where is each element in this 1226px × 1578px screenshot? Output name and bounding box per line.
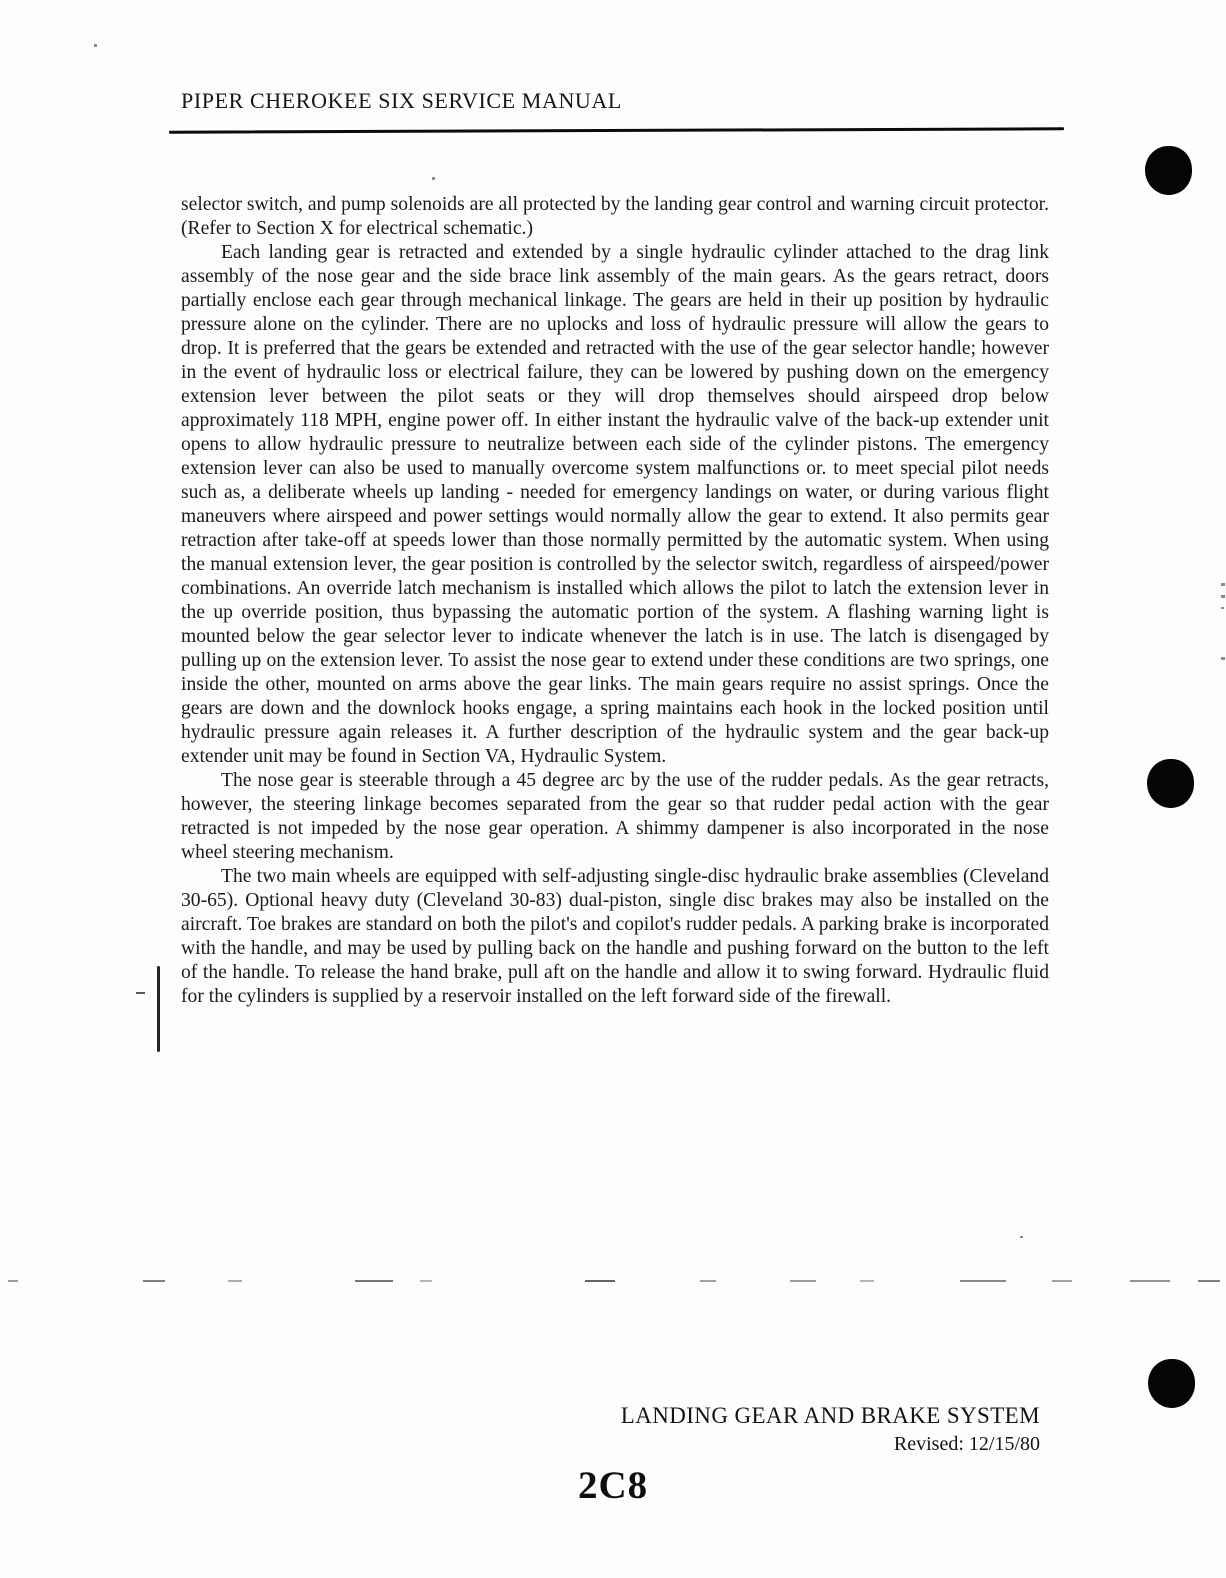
- body-text-block: selector switch, and pump solenoids are …: [181, 193, 1049, 1009]
- scan-artifact-dash: [1198, 1280, 1220, 1282]
- punch-hole-dot-middle: [1147, 759, 1194, 808]
- scan-speck: [94, 44, 97, 47]
- punch-hole-dot-bottom: [1148, 1359, 1195, 1408]
- punch-hole-dot-top: [1145, 146, 1192, 195]
- scan-artifact-dash: [585, 1280, 615, 1282]
- paragraph-continuation: selector switch, and pump solenoids are …: [181, 193, 1049, 241]
- scan-artifact-dash: [143, 1280, 165, 1282]
- scan-artifact-dash: [1130, 1280, 1170, 1282]
- margin-dash-artifact: [136, 992, 145, 994]
- page-number-code: 2C8: [578, 1463, 648, 1508]
- scan-artifact-dash: [700, 1280, 716, 1282]
- scan-artifact-dash: [355, 1280, 393, 1282]
- page-title: PIPER CHEROKEE SIX SERVICE MANUAL: [181, 88, 622, 114]
- scan-artifact-dash: [228, 1280, 242, 1282]
- scan-artifact-dash: [860, 1280, 874, 1282]
- paragraph-landing-gear: Each landing gear is retracted and exten…: [181, 241, 1049, 769]
- scan-artifact-dash: [8, 1280, 18, 1282]
- scan-speck: [1221, 607, 1224, 609]
- scan-artifact-band: [0, 1280, 1226, 1284]
- footer-section-title: LANDING GEAR AND BRAKE SYSTEM: [621, 1403, 1040, 1429]
- scan-speck: [1221, 583, 1225, 586]
- header-divider-rule: [169, 127, 1064, 134]
- scan-artifact-dash: [420, 1280, 432, 1282]
- scan-speck: [1221, 657, 1225, 660]
- footer-revised-date: Revised: 12/15/80: [894, 1433, 1040, 1456]
- scan-artifact-dash: [790, 1280, 816, 1282]
- revision-change-bar: [157, 966, 160, 1052]
- manual-page: PIPER CHEROKEE SIX SERVICE MANUAL select…: [0, 0, 1226, 1578]
- paragraph-brakes: The two main wheels are equipped with se…: [181, 865, 1049, 1009]
- paragraph-nose-gear: The nose gear is steerable through a 45 …: [181, 769, 1049, 865]
- scan-speck: [1221, 595, 1225, 598]
- scan-artifact-dash: [960, 1280, 1006, 1282]
- scan-speck: [1020, 1236, 1023, 1238]
- scan-speck: [432, 177, 435, 180]
- scan-artifact-dash: [1052, 1280, 1072, 1282]
